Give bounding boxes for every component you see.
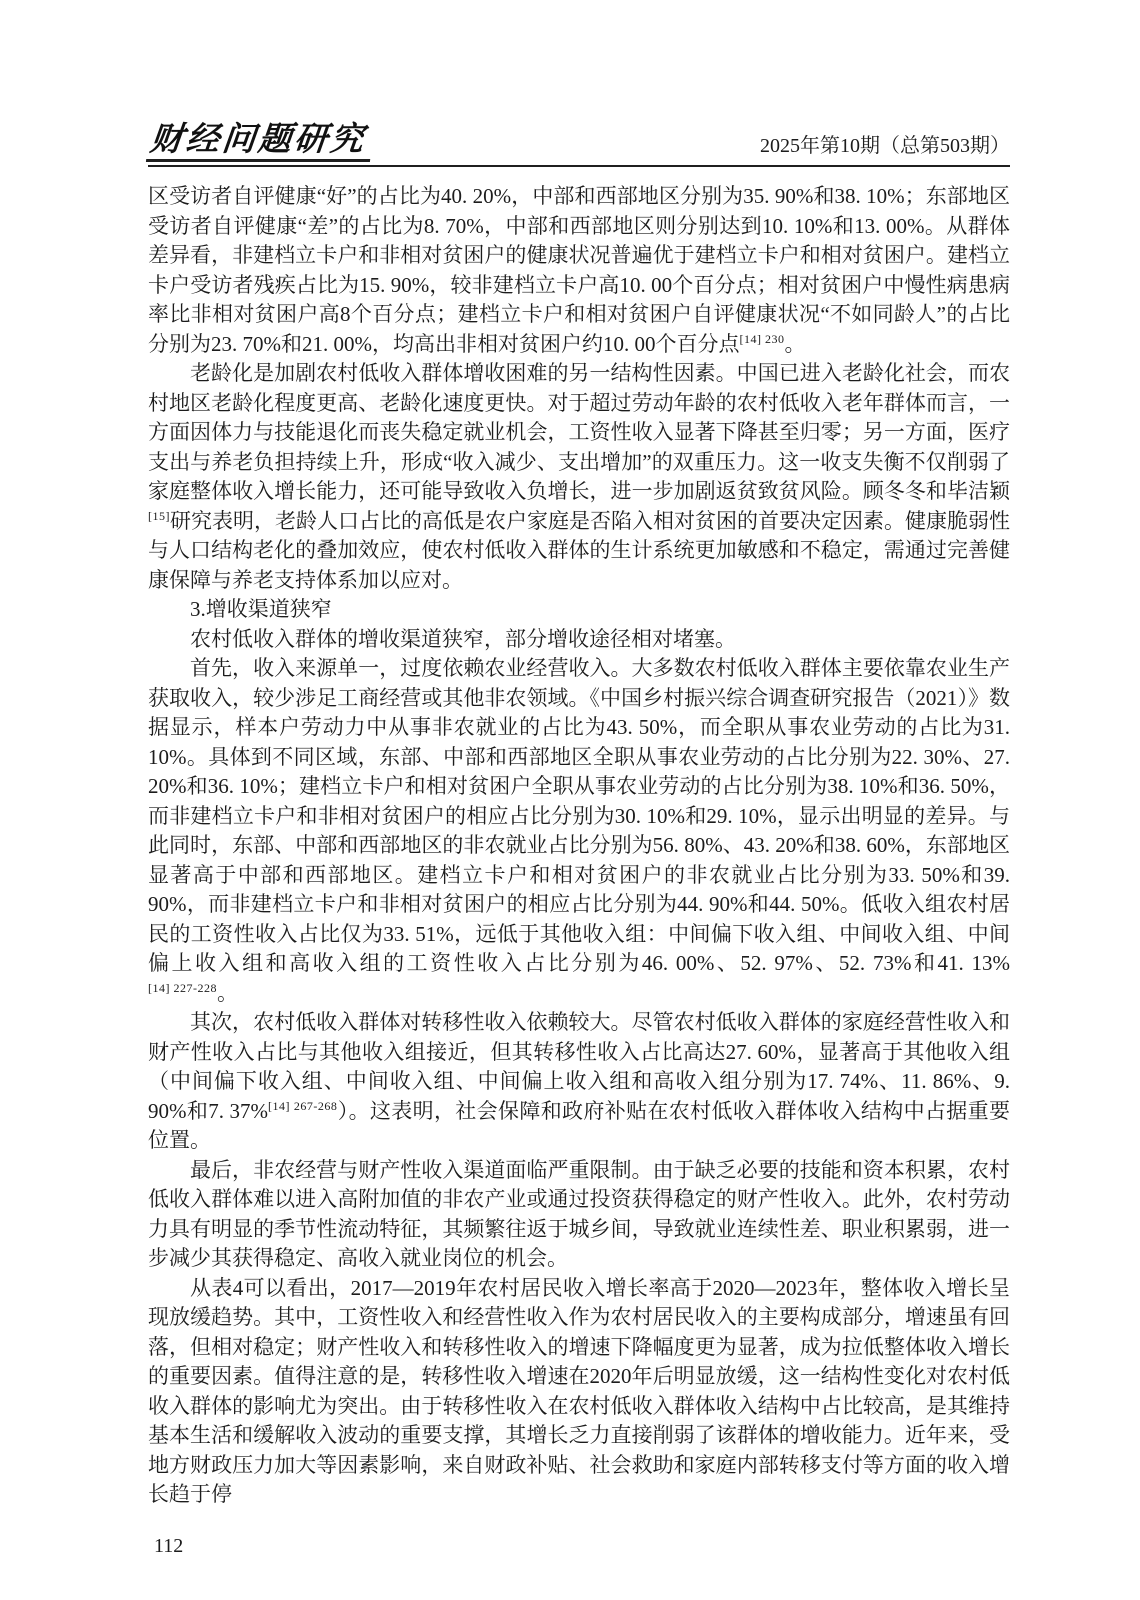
article-body: 区受访者自评健康“好”的占比为40. 20%，中部和西部地区分别为35. 90%… (148, 182, 1010, 1510)
paragraph-text: 区受访者自评健康“好”的占比为40. 20%，中部和西部地区分别为35. 90%… (148, 184, 1010, 356)
citation-ref: [15] (148, 509, 170, 523)
paragraph-text: 。 (217, 981, 238, 1005)
paragraph-table4-growth: 从表4可以看出，2017—2019年农村居民收入增长率高于2020—2023年，… (148, 1274, 1010, 1510)
paragraph-aging: 老龄化是加剧农村低收入群体增收困难的另一结构性因素。中国已进入老龄化社会，而农村… (148, 359, 1010, 595)
heading-text: 3.增收渠道狭窄 (190, 597, 332, 621)
page-number: 112 (154, 1535, 183, 1557)
journal-page: 财经问题研究 2025年第10期（总第503期） 区受访者自评健康“好”的占比为… (0, 0, 1140, 1600)
citation-ref: [14] 230 (740, 332, 785, 346)
issue-info: 2025年第10期（总第503期） (760, 134, 1010, 162)
paragraph-text: 研究表明，老龄人口占比的高低是农户家庭是否陷入相对贫困的首要决定因素。健康脆弱性… (148, 509, 1010, 592)
paragraph-health-comparison: 区受访者自评健康“好”的占比为40. 20%，中部和西部地区分别为35. 90%… (148, 182, 1010, 359)
citation-ref: [14] 227-228 (148, 981, 217, 995)
page-content: 财经问题研究 2025年第10期（总第503期） 区受访者自评健康“好”的占比为… (148, 122, 1010, 1558)
paragraph-text: 首先，收入来源单一，过度依赖农业经营收入。大多数农村低收入群体主要依靠农业生产获… (148, 656, 1010, 975)
paragraph-text: 老龄化是加剧农村低收入群体增收困难的另一结构性因素。中国已进入老龄化社会，而农村… (148, 361, 1010, 503)
subsection-heading-income-channels: 3.增收渠道狭窄 (148, 595, 1010, 625)
page-header: 财经问题研究 2025年第10期（总第503期） (148, 122, 1010, 167)
citation-ref: [14] 267-268 (268, 1099, 337, 1113)
paragraph-last-nonfarm-property: 最后，非农经营与财产性收入渠道面临严重限制。由于缺乏必要的技能和资本积累，农村低… (148, 1156, 1010, 1274)
paragraph-first-single-income-source: 首先，收入来源单一，过度依赖农业经营收入。大多数农村低收入群体主要依靠农业生产获… (148, 654, 1010, 1008)
paragraph-channels-intro: 农村低收入群体的增收渠道狭窄，部分增收途径相对堵塞。 (148, 625, 1010, 655)
paragraph-second-transfer-income: 其次，农村低收入群体对转移性收入依赖较大。尽管农村低收入群体的家庭经营性收入和财… (148, 1008, 1010, 1156)
journal-logo: 财经问题研究 (146, 122, 374, 162)
paragraph-text: 。 (785, 332, 806, 356)
paragraph-text: 最后，非农经营与财产性收入渠道面临严重限制。由于缺乏必要的技能和资本积累，农村低… (148, 1158, 1010, 1271)
page-footer: 112 (148, 1535, 1010, 1558)
paragraph-text: 农村低收入群体的增收渠道狭窄，部分增收途径相对堵塞。 (190, 627, 736, 651)
paragraph-text: 从表4可以看出，2017—2019年农村居民收入增长率高于2020—2023年，… (148, 1276, 1010, 1507)
